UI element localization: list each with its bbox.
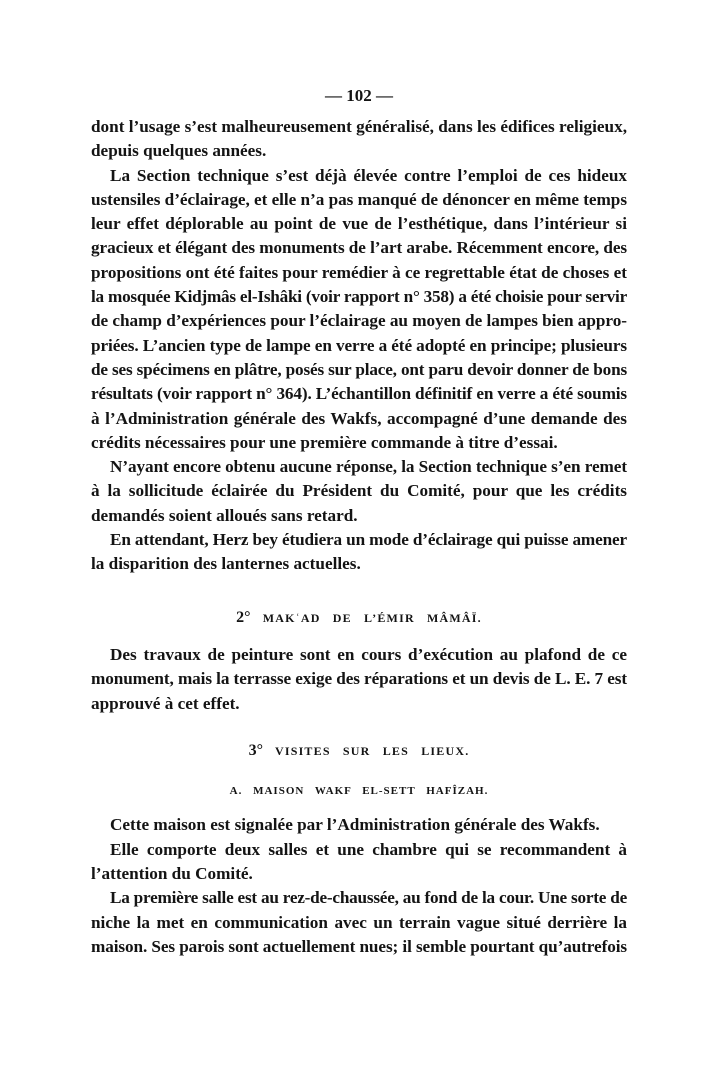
text-line: propositions ont été faites pour remédie… (91, 261, 627, 285)
text-line: N’ayant encore obtenu aucune réponse, la… (91, 455, 627, 479)
text-line: maison. Ses parois sont actuellement nue… (91, 935, 627, 959)
section-heading-2: 2° MAKʿAD DE L’ÉMIR MÂMÂÏ. (91, 606, 627, 630)
text-line: La première salle est au rez-de-chaussée… (91, 886, 627, 910)
paragraph-salles: Elle comporte deux salles et une chambre… (91, 838, 627, 887)
text-line: Elle comporte deux salles et une chambre… (91, 838, 627, 862)
text-line: la mosquée Kidjmâs el-Ishâki (voir rappo… (91, 285, 627, 309)
paragraph-reponse: N’ayant encore obtenu aucune réponse, la… (91, 455, 627, 528)
text-line: de ses spécimens en plâtre, posés sur pl… (91, 358, 627, 382)
text-line: approuvé à cet effet. (91, 692, 627, 716)
subsection-heading-a: A. MAISON WAKF EL-SETT HAFÎZAH. (91, 779, 627, 803)
text-line: depuis quelques années. (91, 139, 627, 163)
section-heading-3: 3° VISITES SUR LES LIEUX. (91, 739, 627, 763)
text-line: En attendant, Herz bey étudiera un mode … (91, 528, 627, 552)
text-line: monument, mais la terrasse exige des rép… (91, 667, 627, 691)
text-line: Cette maison est signalée par l’Administ… (91, 813, 627, 837)
text-line: Des travaux de peinture sont en cours d’… (91, 643, 627, 667)
text-line: niche la met en communication avec un te… (91, 911, 627, 935)
text-line: La Section technique s’est déjà élevée c… (91, 164, 627, 188)
text-line: crédits nécessaires pour une première co… (91, 431, 627, 455)
text-line: de champ d’expériences pour l’éclairage … (91, 309, 627, 333)
section-number: 3° (249, 742, 263, 759)
text-line: gracieux et élégant des monuments de l’a… (91, 236, 627, 260)
text-line: priées. L’ancien type de lampe en verre … (91, 334, 627, 358)
text-line: demandés soient alloués sans retard. (91, 504, 627, 528)
paragraph-section-technique: La Section technique s’est déjà élevée c… (91, 164, 627, 456)
text-line: leur effet déplorable au point de vue de… (91, 212, 627, 236)
text-line: l’attention du Comité. (91, 862, 627, 886)
text-line: à la sollicitude éclairée du Président d… (91, 479, 627, 503)
document-page: — 102 — dont l’usage s’est malheureuseme… (91, 84, 627, 959)
text-line: la disparition des lanternes actuelles. (91, 552, 627, 576)
page-number: — 102 — (91, 84, 627, 108)
paragraph-attendant: En attendant, Herz bey étudiera un mode … (91, 528, 627, 577)
paragraph-premiere-salle: La première salle est au rez-de-chaussée… (91, 886, 627, 959)
text-line: ustensiles d’éclairage, et elle n’a pas … (91, 188, 627, 212)
section-number: 2° (236, 609, 250, 626)
section-title: MAKʿAD DE L’ÉMIR MÂMÂÏ. (263, 611, 482, 625)
paragraph-travaux: Des travaux de peinture sont en cours d’… (91, 643, 627, 716)
paragraph-continuation: dont l’usage s’est malheureusement génér… (91, 115, 627, 164)
text-line: à l’Administration générale des Wakfs, a… (91, 407, 627, 431)
text-line: dont l’usage s’est malheureusement génér… (91, 115, 627, 139)
paragraph-cette-maison: Cette maison est signalée par l’Administ… (91, 813, 627, 837)
text-line: résultats (voir rapport n° 364). L’échan… (91, 382, 627, 406)
section-title: VISITES SUR LES LIEUX. (275, 744, 469, 758)
